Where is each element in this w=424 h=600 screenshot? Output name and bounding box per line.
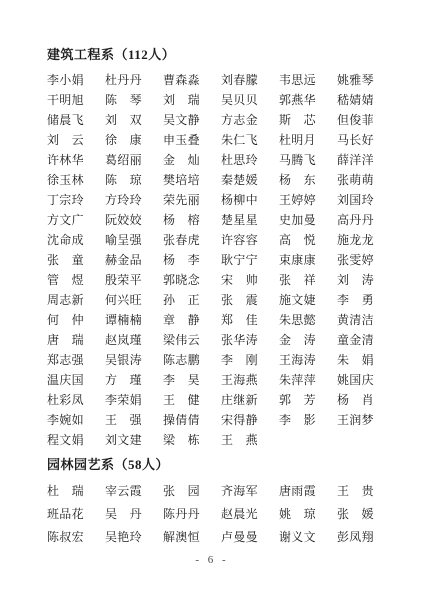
student-name: 朱思懿 — [279, 310, 337, 330]
student-name: 王婷婷 — [279, 190, 337, 210]
student-name: 郑志强 — [47, 350, 105, 370]
student-name: 韦思远 — [279, 70, 337, 90]
student-name: 许容容 — [221, 230, 279, 250]
student-name: 谭楠楠 — [105, 310, 163, 330]
student-name: 施龙龙 — [337, 230, 395, 250]
student-name: 楚星星 — [221, 210, 279, 230]
student-name: 唐雨霞 — [279, 480, 337, 503]
student-name: 斯 芯 — [279, 110, 337, 130]
student-name: 吴 丹 — [105, 503, 163, 526]
empty-cell — [337, 430, 395, 450]
student-name: 方玲玲 — [105, 190, 163, 210]
student-name: 施文婕 — [279, 290, 337, 310]
student-name: 杨 李 — [163, 250, 221, 270]
student-name: 李荣娟 — [105, 390, 163, 410]
student-name: 黄清洁 — [337, 310, 395, 330]
student-name: 但俊菲 — [337, 110, 395, 130]
student-name: 马长好 — [337, 130, 395, 150]
student-name: 朱仁飞 — [221, 130, 279, 150]
student-name: 梁 栋 — [163, 430, 221, 450]
student-name: 赵晨光 — [221, 503, 279, 526]
student-name: 孙 正 — [163, 290, 221, 310]
student-name: 张华涛 — [221, 330, 279, 350]
student-name: 杨 东 — [279, 170, 337, 190]
student-name: 温庆国 — [47, 370, 105, 390]
student-name: 荣先丽 — [163, 190, 221, 210]
student-name: 齐海军 — [221, 480, 279, 503]
student-name: 陈 琴 — [105, 90, 163, 110]
department-section: 建筑工程系（112人）李小娟杜丹丹曹森淼刘春朦韦思远姚雅琴干明旭陈 琴刘 瑞吴贝… — [47, 46, 395, 450]
student-name: 喻呈强 — [105, 230, 163, 250]
student-name: 姚 琼 — [279, 503, 337, 526]
student-name: 张 媛 — [337, 503, 395, 526]
page-number: - 6 - — [0, 554, 424, 566]
student-name: 解澳恒 — [163, 526, 221, 549]
student-name: 郭燕华 — [279, 90, 337, 110]
student-name: 宰云霞 — [105, 480, 163, 503]
student-name: 刘国玲 — [337, 190, 395, 210]
student-name: 徐玉林 — [47, 170, 105, 190]
student-name: 卢曼曼 — [221, 526, 279, 549]
student-name: 杨 肖 — [337, 390, 395, 410]
student-name: 刘文建 — [105, 430, 163, 450]
student-name: 李小娟 — [47, 70, 105, 90]
student-name: 史加曼 — [279, 210, 337, 230]
department-section: 园林园艺系（58人）杜 瑞宰云霞张 园齐海军唐雨霞王 贵班品花吴 丹陈丹丹赵晨光… — [47, 456, 395, 549]
empty-cell — [279, 430, 337, 450]
section-heading: 建筑工程系（112人） — [47, 46, 395, 64]
student-name: 王 强 — [105, 410, 163, 430]
roster-content: 建筑工程系（112人）李小娟杜丹丹曹森淼刘春朦韦思远姚雅琴干明旭陈 琴刘 瑞吴贝… — [47, 46, 395, 551]
student-name: 李婉如 — [47, 410, 105, 430]
student-name: 张 祥 — [279, 270, 337, 290]
student-name: 曹森淼 — [163, 70, 221, 90]
student-name: 徐 康 — [105, 130, 163, 150]
student-name: 吴银涛 — [105, 350, 163, 370]
student-name: 王海燕 — [221, 370, 279, 390]
student-name: 张 震 — [221, 290, 279, 310]
student-name: 朱 娟 — [337, 350, 395, 370]
student-name: 赫金品 — [105, 250, 163, 270]
student-name: 李 勇 — [337, 290, 395, 310]
student-name: 李 昊 — [163, 370, 221, 390]
student-name: 班品花 — [47, 503, 105, 526]
student-name: 张 童 — [47, 250, 105, 270]
student-name: 童金清 — [337, 330, 395, 350]
name-grid: 李小娟杜丹丹曹森淼刘春朦韦思远姚雅琴干明旭陈 琴刘 瑞吴贝贝郭燕华嵇婧婧储晨飞刘… — [47, 70, 395, 450]
student-name: 刘 涛 — [337, 270, 395, 290]
student-name: 薛洋洋 — [337, 150, 395, 170]
student-name: 吴文静 — [163, 110, 221, 130]
student-name: 陈志鹏 — [163, 350, 221, 370]
student-name: 张萌萌 — [337, 170, 395, 190]
student-name: 杜明月 — [279, 130, 337, 150]
student-name: 刘 瑞 — [163, 90, 221, 110]
student-name: 杨柳中 — [221, 190, 279, 210]
student-name: 王 健 — [163, 390, 221, 410]
student-name: 郭 芳 — [279, 390, 337, 410]
student-name: 王 贵 — [337, 480, 395, 503]
student-name: 何兴旺 — [105, 290, 163, 310]
student-name: 庄继新 — [221, 390, 279, 410]
student-name: 阮姣姣 — [105, 210, 163, 230]
student-name: 束康康 — [279, 250, 337, 270]
student-name: 何 仲 — [47, 310, 105, 330]
student-name: 刘 云 — [47, 130, 105, 150]
student-name: 程文娟 — [47, 430, 105, 450]
student-name: 李 刚 — [221, 350, 279, 370]
student-name: 郑 佳 — [221, 310, 279, 330]
student-name: 杜彩凤 — [47, 390, 105, 410]
student-name: 刘春朦 — [221, 70, 279, 90]
student-name: 杜 瑞 — [47, 480, 105, 503]
student-name: 沈命成 — [47, 230, 105, 250]
student-name: 章 静 — [163, 310, 221, 330]
student-name: 操倩倩 — [163, 410, 221, 430]
student-name: 周志新 — [47, 290, 105, 310]
student-name: 刘 双 — [105, 110, 163, 130]
student-name: 吴贝贝 — [221, 90, 279, 110]
student-name: 方文广 — [47, 210, 105, 230]
student-name: 金 涛 — [279, 330, 337, 350]
student-name: 李 影 — [279, 410, 337, 430]
section-heading: 园林园艺系（58人） — [47, 456, 395, 474]
student-name: 张春虎 — [163, 230, 221, 250]
student-name: 樊培培 — [163, 170, 221, 190]
student-name: 殷荣平 — [105, 270, 163, 290]
student-name: 管 煜 — [47, 270, 105, 290]
student-name: 朱萍萍 — [279, 370, 337, 390]
student-name: 彭凤翔 — [337, 526, 395, 549]
student-name: 杜思玲 — [221, 150, 279, 170]
student-name: 张雯婷 — [337, 250, 395, 270]
student-name: 方志金 — [221, 110, 279, 130]
student-name: 陈叔宏 — [47, 526, 105, 549]
student-name: 方 瑾 — [105, 370, 163, 390]
student-name: 葛绍丽 — [105, 150, 163, 170]
student-name: 陈丹丹 — [163, 503, 221, 526]
student-name: 谢义文 — [279, 526, 337, 549]
student-name: 姚雅琴 — [337, 70, 395, 90]
student-name: 吴艳玲 — [105, 526, 163, 549]
student-name: 王海涛 — [279, 350, 337, 370]
student-name: 储晨飞 — [47, 110, 105, 130]
student-name: 高丹丹 — [337, 210, 395, 230]
student-name: 杜丹丹 — [105, 70, 163, 90]
student-name: 金 灿 — [163, 150, 221, 170]
student-name: 宋 帅 — [221, 270, 279, 290]
student-name: 丁宗玲 — [47, 190, 105, 210]
student-name: 陈 琼 — [105, 170, 163, 190]
name-grid: 杜 瑞宰云霞张 园齐海军唐雨霞王 贵班品花吴 丹陈丹丹赵晨光姚 琼张 媛陈叔宏吴… — [47, 480, 395, 549]
student-name: 秦楚媛 — [221, 170, 279, 190]
student-name: 张 园 — [163, 480, 221, 503]
student-name: 耿宁宁 — [221, 250, 279, 270]
student-name: 姚国庆 — [337, 370, 395, 390]
student-name: 郭晓念 — [163, 270, 221, 290]
student-name: 许林华 — [47, 150, 105, 170]
student-name: 杨 榕 — [163, 210, 221, 230]
student-name: 嵇婧婧 — [337, 90, 395, 110]
student-name: 高 悦 — [279, 230, 337, 250]
student-name: 赵岚瑾 — [105, 330, 163, 350]
student-name: 梁伟云 — [163, 330, 221, 350]
student-name: 申玉叠 — [163, 130, 221, 150]
student-name: 王润梦 — [337, 410, 395, 430]
student-name: 干明旭 — [47, 90, 105, 110]
student-name: 唐 瑞 — [47, 330, 105, 350]
student-name: 宋得静 — [221, 410, 279, 430]
document-page: 建筑工程系（112人）李小娟杜丹丹曹森淼刘春朦韦思远姚雅琴干明旭陈 琴刘 瑞吴贝… — [0, 0, 424, 600]
student-name: 王 燕 — [221, 430, 279, 450]
student-name: 马腾飞 — [279, 150, 337, 170]
